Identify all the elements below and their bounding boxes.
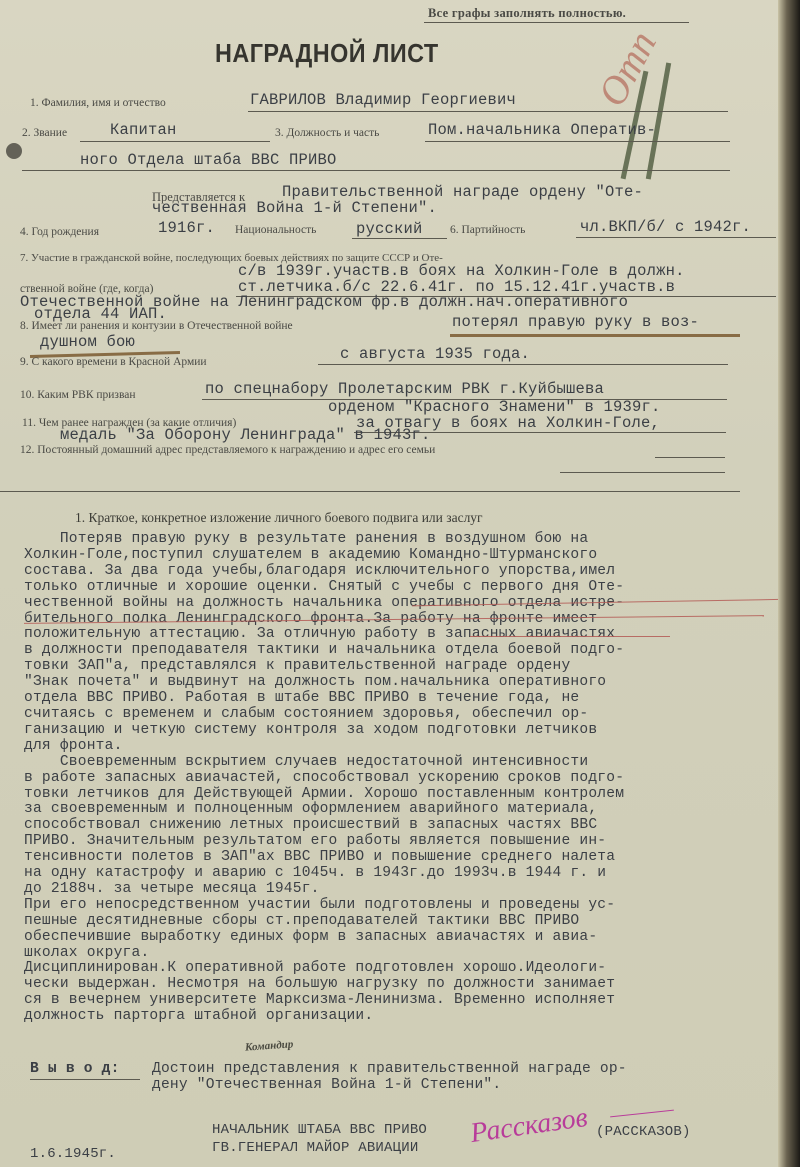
narrative-line: в работе запасных авиачастей, способство… <box>24 771 624 787</box>
top-note: Все графы заполнять полностью. <box>428 6 626 21</box>
field-9-value: с августа 1935 года. <box>340 345 530 363</box>
field-6-label: 6. Партийность <box>450 224 525 236</box>
narrative-line: Своевременным вскрытием случаев недостат… <box>24 755 624 771</box>
field-4-label: 4. Год рождения <box>20 226 99 238</box>
narrative-line: чески выдержан. Несмотря на большую нагр… <box>24 977 624 993</box>
field-10-value: по спецнабору Пролетарским РВК г.Куйбыше… <box>205 380 604 398</box>
field-3-label: 3. Должность и часть <box>275 127 379 139</box>
field-8-pencil-underline <box>450 334 740 337</box>
hole-punch-mark <box>6 143 22 159</box>
field-9-label: 9. С какого времени в Красной Армии <box>20 356 207 368</box>
narrative-line: тенсивности полетов в ЗАП"ах ВВС ПРИВО и… <box>24 850 624 866</box>
field-6-value: чл.ВКП/б/ с 1942г. <box>580 218 751 236</box>
field-8-value: потерял правую руку в воз- <box>452 313 699 331</box>
signatory-name: (РАССКАЗОВ) <box>596 1124 691 1140</box>
narrative-line: для фронта. <box>24 739 624 755</box>
handwritten-insert: Командир <box>245 1038 294 1053</box>
handwritten-signature: Рассказов <box>468 1102 589 1150</box>
field-2-line <box>80 141 270 142</box>
narrative-line: При его непосредственном участии были по… <box>24 898 624 914</box>
narrative-line: Холкин-Голе,поступил слушателем в академ… <box>24 548 624 564</box>
field-8-value-cont: душном бою <box>40 333 135 351</box>
narrative-line: "Знак почета" и выдвинут на должность по… <box>24 675 624 691</box>
conclusion-underline <box>30 1079 140 1080</box>
sign-date: 1.6.1945г. <box>30 1146 116 1162</box>
field-2-value: Капитан <box>110 121 177 139</box>
page-edge <box>778 0 800 1167</box>
field-9-line <box>318 364 728 365</box>
signatory-title-1: НАЧАЛЬНИК ШТАБА ВВС ПРИВО <box>212 1122 427 1138</box>
narrative-line: отдела ВВС ПРИВО. Работая в штабе ВВС ПР… <box>24 691 624 707</box>
field-6-line <box>576 237 776 238</box>
narrative-line: ганизацию и четкую систему контроля за х… <box>24 723 624 739</box>
signatory-title-2: ГВ.ГЕНЕРАЛ МАЙОР АВИАЦИИ <box>212 1140 418 1156</box>
field-1-label: 1. Фамилия, имя и отчество <box>30 97 166 109</box>
section-divider-2 <box>0 491 740 492</box>
field-8-label: 8. Имеет ли ранения и контузии в Отечест… <box>20 320 293 332</box>
field-3-line-cont <box>22 170 730 171</box>
field-12-label: 12. Постоянный домашний адрес представля… <box>20 444 435 456</box>
award-sheet: Все графы заполнять полностью. НАГРАДНОЙ… <box>0 0 778 1167</box>
nomination-value-cont: чественная Война 1-й Степени". <box>152 199 437 217</box>
section-heading: 1. Краткое, конкретное изложение личного… <box>75 510 483 526</box>
section-divider-1 <box>560 472 725 473</box>
field-5-value: русский <box>356 220 423 238</box>
narrative-line: до 2188ч. за четыре месяца 1945г. <box>24 882 624 898</box>
conclusion-label: В ы в о д: <box>30 1062 120 1078</box>
field-10-label: 10. Каким РВК призван <box>20 389 136 401</box>
narrative-line: товки ЗАП"а, представлялся к правительст… <box>24 659 624 675</box>
field-3-line <box>425 141 730 142</box>
narrative-line: обеспечившие выработку единых форм в зап… <box>24 930 624 946</box>
narrative-line: за своевременным и полноценным оформлени… <box>24 802 624 818</box>
conclusion-line-2: дену "Отечественная Война 1-й Степени". <box>152 1078 501 1094</box>
field-12-line <box>655 457 725 458</box>
narrative-line: должность парторга штабной организации. <box>24 1009 624 1025</box>
top-note-underline <box>424 22 689 23</box>
field-5-line <box>352 238 447 239</box>
narrative-line: Потеряв правую руку в результате ранения… <box>24 532 624 548</box>
conclusion-line-1: Достоин представления к правительственно… <box>152 1062 627 1078</box>
narrative-line: в должности преподавателя тактики и нача… <box>24 643 624 659</box>
signature-flourish <box>610 1110 674 1118</box>
field-5-label: Национальность <box>235 224 316 236</box>
narrative-line: считаясь с временем и слабым состоянием … <box>24 707 624 723</box>
field-3-value: Пом.начальника Оператив- <box>428 121 656 139</box>
field-2-label: 2. Звание <box>22 127 67 139</box>
narrative-line: состава. За два года учебы,благодаря иск… <box>24 564 624 580</box>
narrative-line: способствовал снижению летных происшеств… <box>24 818 624 834</box>
narrative-line: ПРИВО. Значительным результатом его рабо… <box>24 834 624 850</box>
narrative-text: Потеряв правую руку в результате ранения… <box>24 532 624 1025</box>
narrative-line: только отличные и хорошие оценки. Снятый… <box>24 580 624 596</box>
narrative-line: на одну катастрофу и аварию с 1045ч. в 1… <box>24 866 624 882</box>
narrative-line: пешные десятидневные сборы ст.преподават… <box>24 914 624 930</box>
field-4-value: 1916г. <box>158 219 215 237</box>
field-11-value-line-3: медаль "За Оборону Ленинграда" в 1943г. <box>60 426 431 444</box>
field-1-line <box>248 111 728 112</box>
page-title: НАГРАДНОЙ ЛИСТ <box>215 38 439 69</box>
narrative-line: Дисциплинирован.К оперативной работе под… <box>24 961 624 977</box>
field-1-value: ГАВРИЛОВ Владимир Георгиевич <box>250 91 730 109</box>
red-underline-3 <box>470 636 670 637</box>
narrative-line: ся в вечернем университете Марксизма-Лен… <box>24 993 624 1009</box>
field-3-value-cont: ного Отдела штаба ВВС ПРИВО <box>80 151 337 169</box>
